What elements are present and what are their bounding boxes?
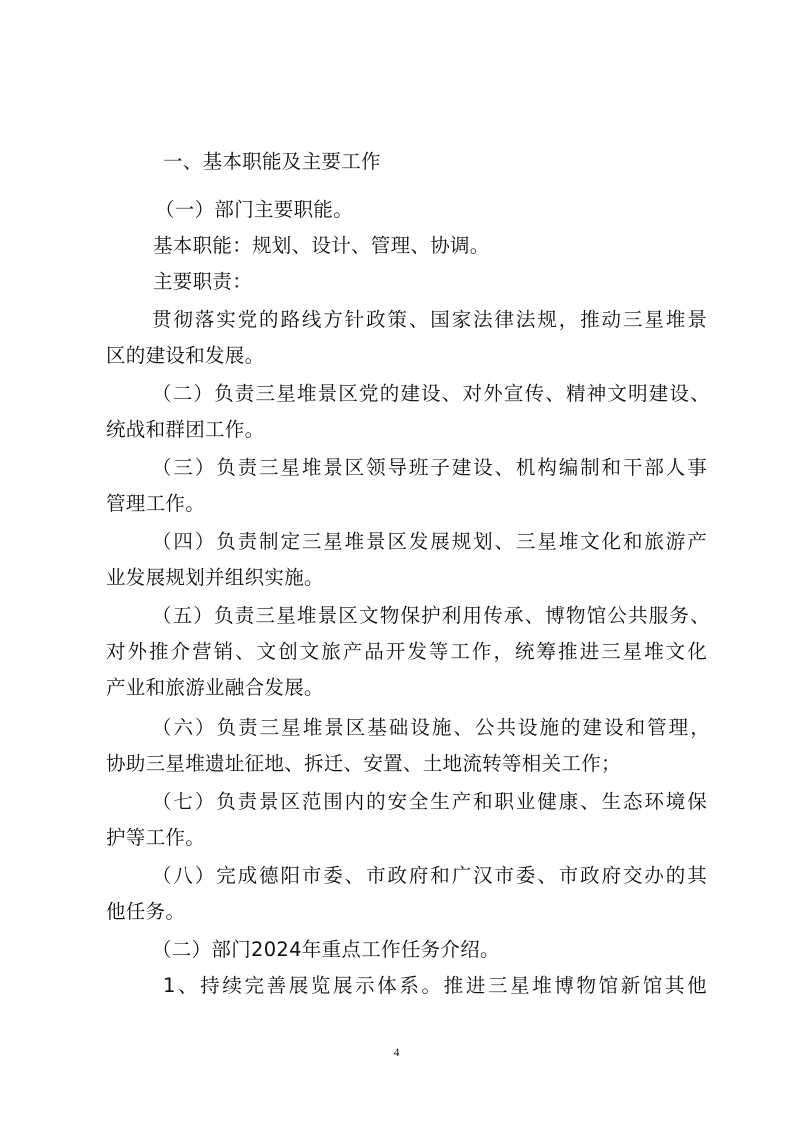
duty-paragraph-1-cont: 区的建设和发展。 bbox=[106, 344, 264, 368]
duty-paragraph-8-cont: 他任务。 bbox=[106, 900, 185, 924]
duty-paragraph-6-cont: 协助三星堆遗址征地、拆迁、安置、土地流转等相关工作； bbox=[106, 752, 621, 776]
duty-paragraph-2-cont: 统战和群团工作。 bbox=[106, 418, 264, 442]
duty-paragraph-2: （二）负责三星堆景区党的建设、对外宣传、精神文明建设、 bbox=[152, 382, 710, 406]
duty-paragraph-7-cont: 护等工作。 bbox=[106, 826, 205, 850]
duty-paragraph-5-cont2: 产业和旅游业融合发展。 bbox=[106, 676, 324, 700]
duty-paragraph-4-cont: 业发展规划并组织实施。 bbox=[106, 566, 324, 590]
duty-paragraph-3: （三）负责三星堆景区领导班子建设、机构编制和干部人事 bbox=[152, 456, 707, 480]
duty-paragraph-7: （七）负责景区范围内的安全生产和职业健康、生态环境保 bbox=[152, 790, 707, 814]
main-duties-label: 主要职责： bbox=[153, 270, 252, 294]
duty-paragraph-5-cont: 对外推介营销、文创文旅产品开发等工作，统筹推进三星堆文化 bbox=[106, 640, 707, 664]
subsection-heading: （一）部门主要职能。 bbox=[155, 198, 353, 222]
duty-paragraph-1: 贯彻落实党的路线方针政策、国家法律法规，推动三星堆景 bbox=[152, 308, 707, 332]
duty-paragraph-8: （八）完成德阳市委、市政府和广汉市委、市政府交办的其 bbox=[152, 864, 707, 888]
task-item-1: 1、持续完善展览展示体系。推进三星堆博物馆新馆其他 bbox=[163, 974, 707, 998]
subsection-heading-2: （二）部门2024年重点工作任务介绍。 bbox=[152, 938, 500, 962]
duty-paragraph-5: （五）负责三星堆景区文物保护利用传承、博物馆公共服务、 bbox=[152, 604, 710, 628]
page-number: 4 bbox=[0, 1045, 793, 1060]
section-heading: 一、基本职能及主要工作 bbox=[163, 150, 381, 174]
basic-functions-text: 基本职能：规划、设计、管理、协调。 bbox=[153, 234, 490, 258]
duty-paragraph-3-cont: 管理工作。 bbox=[106, 492, 205, 516]
duty-paragraph-6: （六）负责三星堆景区基础设施、公共设施的建设和管理， bbox=[152, 716, 710, 740]
duty-paragraph-4: （四）负责制定三星堆景区发展规划、三星堆文化和旅游产 bbox=[152, 530, 707, 554]
